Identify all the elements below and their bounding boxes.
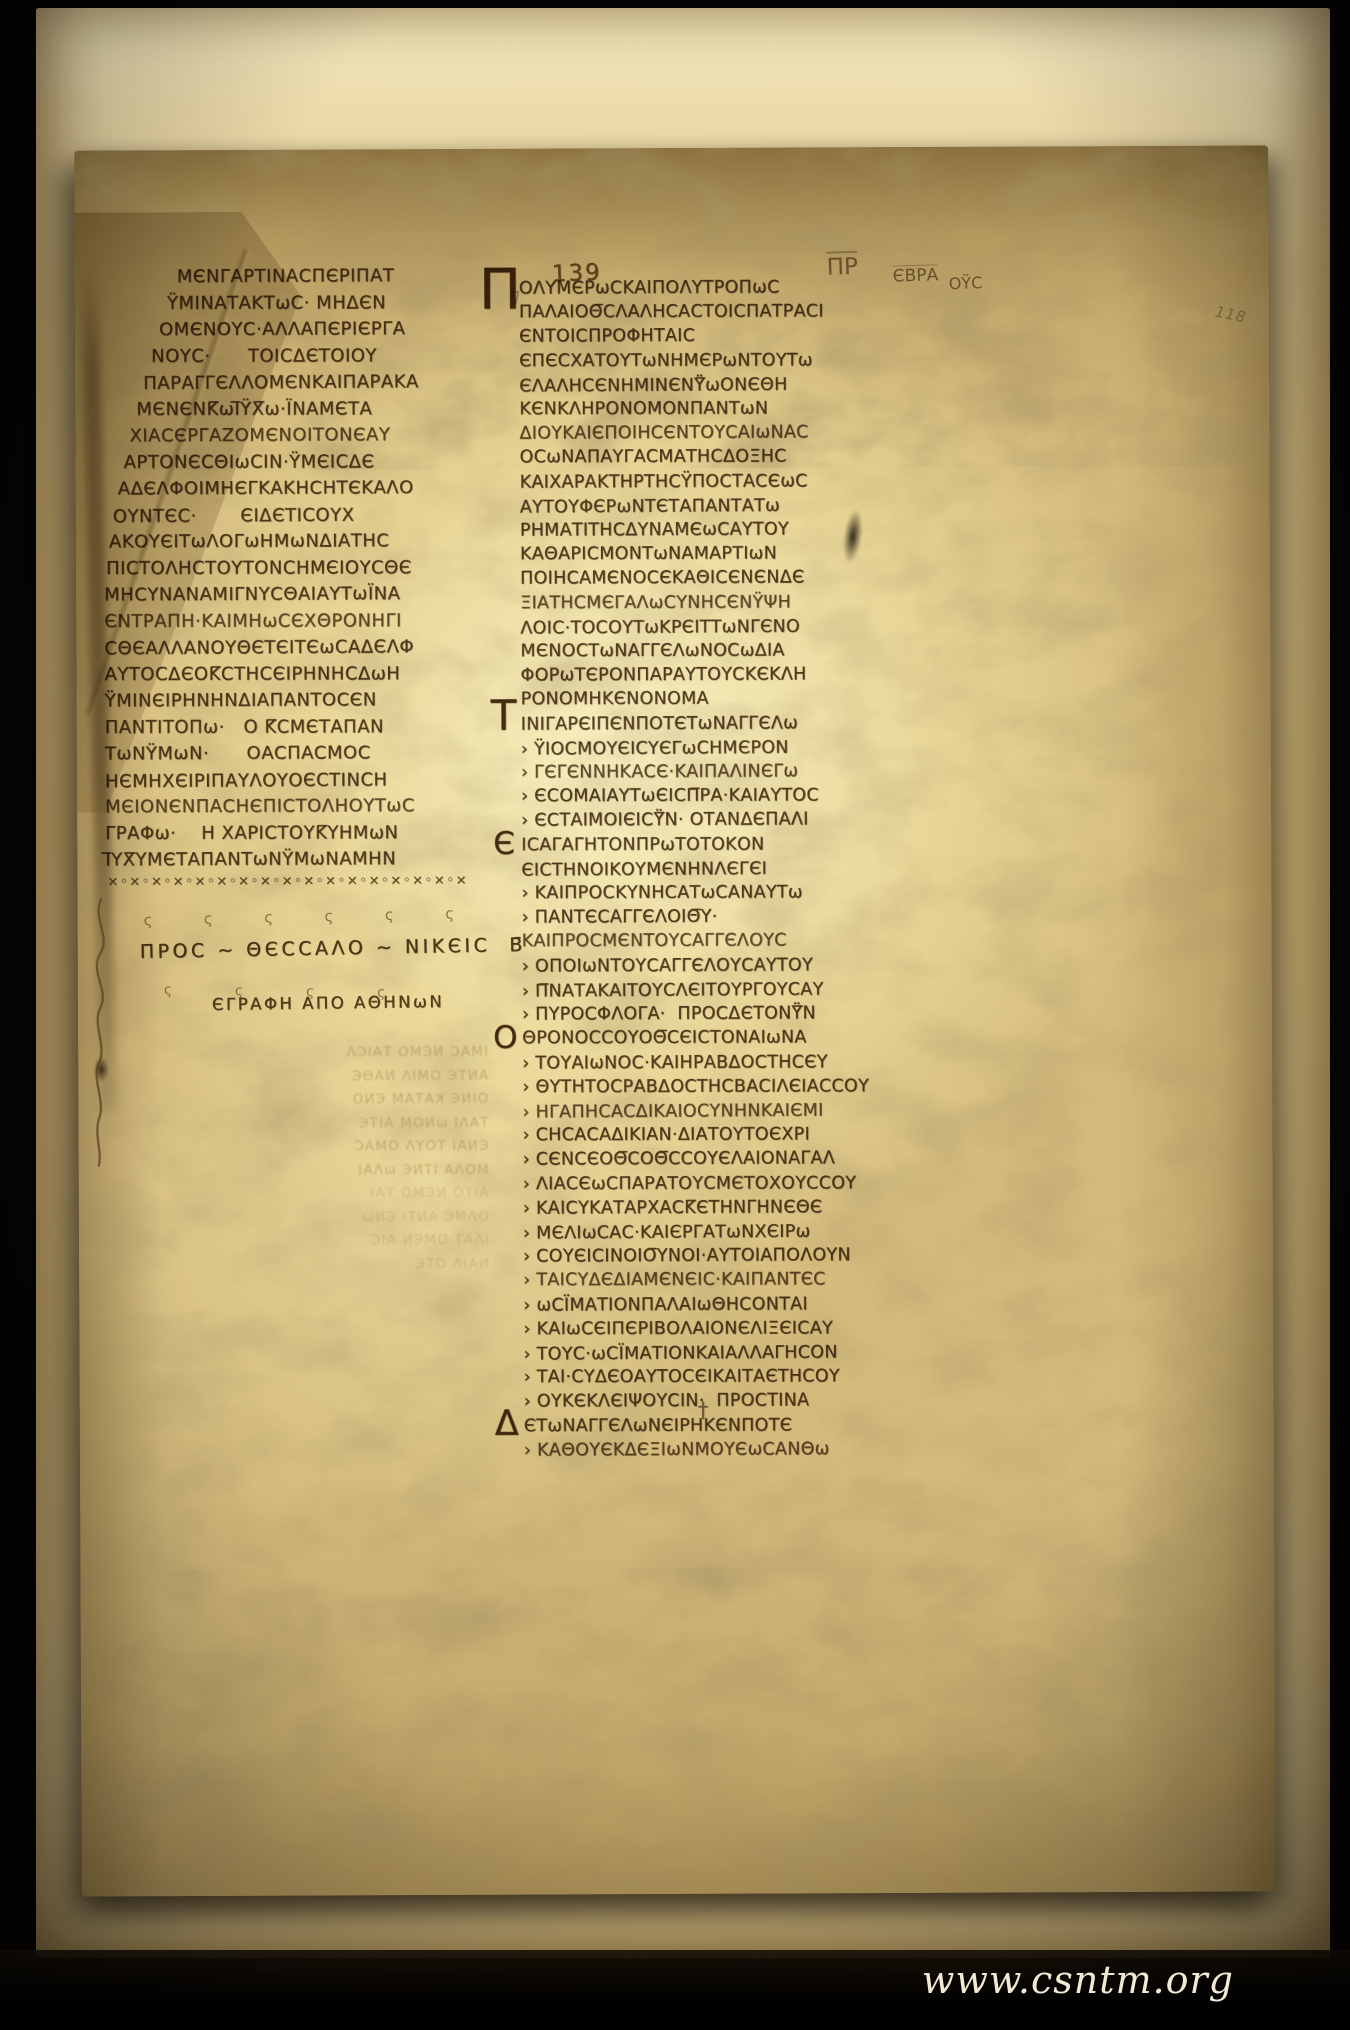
manuscript-text-line: ΚΑΙΠΡΟCΜЄΝΤΟΥCΑΓΓЄΛΟΥC (522, 928, 1008, 953)
manuscript-text-line: ΚΑΙΧΑΡΑΚΤΗΡΤΗCΫΠΟCΤΑCЄωC (520, 468, 1006, 494)
bleedthrough-line: ΑΝΤЄ ΟΜΙΛ ΝΑΘЄ (108, 1064, 488, 1089)
manuscript-text-line: › ΛΙΑCЄωCΠΑΡΑΤΟΥCΜЄΤΟΧΟΥCCΟΥ (523, 1170, 1009, 1195)
manuscript-text-line: ΑΥΤΟCΔЄΟΚ̅CΤΗCЄΙΡΗΝΗCΔωΗ (104, 661, 516, 689)
manuscript-text-line: ΫΜΙΝΑΤΑΚΤωC· ΜΗΔЄΝ (103, 290, 515, 318)
bleedthrough-line: ΝΑΙΛ ΟΤЄ (109, 1252, 489, 1277)
csntm-watermark: www.csntm.org (922, 1958, 1234, 2002)
manuscript-text-line: ΑΥΤΟΥΦЄΡωΝΤЄΤΑΠΑΝΤΑΤω (520, 492, 1006, 519)
manuscript-text-line: ΗЄΜΗΧЄΙΡΙΠΑΥΛΟΥΟЄCΤΙΝCΗ (105, 766, 517, 795)
bleedthrough-line: ΟΙΝЄ ΚΑΤΑΜ ЄΝΟ (108, 1088, 488, 1113)
manuscript-text-line: ΧΙΑCЄΡΓΑΖΟΜЄΝΟΙΤΟΝЄΑΥ (103, 422, 515, 450)
manuscript-text-line: › ΚΑΘΟΥЄΚΔЄΞΙωΝΜΟΥЄωCΑΝΘω (524, 1436, 1010, 1462)
manuscript-text-line: ΜΗCΥΝΑΝΑΜΙΓΝΥCΘΑΙΑΥΤωΪΝΑ (104, 581, 516, 609)
manuscript-photograph: 139 ΠΡ ЄΒΡΑ ΟΫC 118 7 ΜЄΝΓΑΡΤΙΝΑCΠЄΡΙΠΑΤ… (0, 0, 1350, 2030)
manuscript-text-line: ΞΙΑΤΗCΜЄΓΑΛωCΥΝΗCЄΝΫΨΗ (520, 590, 1006, 615)
subscription-flourish-top: ς ς ς ς ς ς (143, 904, 468, 929)
manuscript-text-line: ΘΡΟΝΟCCΟΥΟΘ̅CЄΙCΤΟΝΑΙωΝΑ (522, 1025, 1008, 1050)
manuscript-leaf: 139 ΠΡ ЄΒΡΑ ΟΫC 118 7 ΜЄΝΓΑΡΤΙΝΑCΠЄΡΙΠΑΤ… (74, 145, 1276, 1896)
bleedthrough-line: ΑΙΤΟ ΝЄΜΟ ΤΑΙ (109, 1182, 489, 1207)
manuscript-text-line: ΝΟΥC· ΤΟΙCΔЄΤΟΙΟΥ (103, 343, 515, 371)
manuscript-text-line: › ΚΑΙCΥΚΑΤΑΡΧΑCΚ̅ЄΤΗΝΓΗΝЄΘЄ (523, 1194, 1009, 1220)
manuscript-text-line: ЄΝΤΟΙCΠΡΟΦΗΤΑΙC (519, 323, 1005, 349)
marginal-initial-delta: Δ (495, 1407, 519, 1442)
manuscript-text-line: › CΗCΑCΑΔΙΚΙΑΝ·ΔΙΑΤΟΥΤΟЄΧΡΙ (522, 1122, 1008, 1147)
manuscript-text-line: ΚЄΝΚΛΗΡΟΝΟΜΟΝΠΑΝΤωΝ (519, 396, 1005, 421)
manuscript-text-line: › ΫΙΟCΜΟΥЄΙCΥЄΓωCΗΜЄΡΟΝ (521, 734, 1007, 761)
manuscript-text-line: › ΘΥΤΗΤΟCΡΑΒΔΟCΤΗCΒΑCΙΛЄΙΑCCΟΥ (522, 1074, 1008, 1099)
manuscript-text-line: ΟΜЄΝΟΥC·ΑΛΛΑΠЄΡΙЄΡΓΑ (103, 316, 515, 344)
manuscript-text-line: › ΚΑΙΠΡΟCΚΥΝΗCΑΤωCΑΝΑΥΤω (521, 880, 1007, 905)
right-text-column: ΟΛΥΜЄΡωCΚΑΙΠΟΛΥΤΡΟΠωCΠΑΛΑΙΟΘ̅CΛΑΛΗCΑCΤΟΙ… (519, 275, 1010, 1463)
manuscript-text-line: ΫΜΙΝЄΙΡΗΝΗΝΔΙΑΠΑΝΤΟCЄΝ (105, 687, 517, 715)
manuscript-text-line: ΠΙCΤΟΛΗCΤΟΥΤΟΝCΗΜЄΙΟΥCΘЄ (104, 555, 516, 583)
manuscript-text-line: ΛΟΙC·ΤΟCΟΥΤωΚΡЄΙΤΤωΝΓЄΝΟ (520, 613, 1006, 640)
manuscript-text-line: ΠΟΙΗCΑΜЄΝΟCЄΚΑΘΙCЄΝЄΝΔЄ (520, 565, 1006, 591)
drop-cap-pi: Π (479, 263, 521, 319)
bleedthrough-line: ЄΝΑΙ ΤΟΥΛ ΟΜΑC (108, 1135, 488, 1160)
manuscript-text-line: › ΠΑΝΤЄCΑΓΓЄΛΟΙΘ̅Υ· (521, 904, 1007, 930)
manuscript-text-line: ЄΙCΤΗΝΟΙΚΟΥΜЄΝΗΝΛЄΓЄΙ (521, 855, 1007, 882)
manuscript-text-line: › ΤΟΥΑΙωΝΟC·ΚΑΙΗΡΑΒΔΟCΤΗCЄΥ (522, 1049, 1008, 1075)
manuscript-text-line: ΓΡΑΦω· Η ΧΑΡΙCΤΟΥΚ̅ΥΗΜωΝ (105, 820, 517, 848)
manuscript-text-line: › CЄΝCЄΟΘ̅CΟΘ̅CCΟΥЄΛΑΙΟΝΑΓΑΛ (523, 1146, 1009, 1172)
manuscript-text-line: ΡΟΝΟΜΗΚЄΝΟΝΟΜΑ (521, 686, 1007, 711)
manuscript-text-line: › ΟΥΚЄΚΛЄΙΨΟΥCΙΝ· ΠΡΟCΤΙΝΑ (524, 1388, 1010, 1414)
manuscript-text-line: › ΤΑΙ·CΥΔЄΟΑΥΤΟCЄΙΚΑΙΤΑЄΤΗCΟΥ (524, 1364, 1010, 1389)
manuscript-text-line: ΟΛΥΜЄΡωCΚΑΙΠΟΛΥΤΡΟΠωC (519, 275, 1005, 301)
manuscript-text-line: ΜЄΝΓΑΡΤΙΝΑCΠЄΡΙΠΑΤ (103, 263, 515, 291)
bleedthrough-line: ΜΟΛΑ ΙΤΝЄ ωΛΑΙ (109, 1158, 489, 1183)
manuscript-text-line: › ΟΠΟΙωΝΤΟΥCΑΓΓЄΛΟΥCΑΥΤΟΥ (522, 952, 1008, 978)
marginal-initial-omicron: Ο (493, 1023, 518, 1054)
manuscript-text-line: ΜЄΙΟΝЄΝΠΑCΗЄΠΙCΤΟΛΗΟΥΤωC (105, 793, 517, 821)
manuscript-text-line: › ЄCΤΑΙΜΟΙЄΙCΫ̅Ν· ΟΤΑΝΔЄΠΑΛΙ (521, 807, 1007, 833)
manuscript-text-line: › ΠΥΡΟCΦΛΟΓΑ· ΠΡΟCΔЄΤΟΝΫ̅Ν (522, 1001, 1008, 1027)
folio-number-pencil: 118 (1213, 303, 1248, 327)
manuscript-text-line: ΟΥΝΤЄC· ЄΙΔЄΤΙCΟΥΧ (104, 501, 516, 530)
manuscript-text-line: ЄΠЄCΧΑΤΟΥΤωΝΗΜЄΡωΝΤΟΥΤω (519, 348, 1005, 373)
marginal-initial-tau: Τ (491, 695, 517, 737)
manuscript-text-line: ЄΛΑΛΗCЄΝΗΜΙΝЄΝΫ̅ωΟΝЄΘΗ (519, 371, 1005, 398)
manuscript-text-line: Ι̅ΥΧ̅ΥΜЄΤΑΠΑΝΤωΝΫΜωΝΑΜΗΝ (105, 846, 517, 874)
left-text-column: ΜЄΝΓΑΡΤΙΝΑCΠЄΡΙΠΑΤΫΜΙΝΑΤΑΚΤωC· ΜΗΔЄΝΟΜЄΝ… (103, 263, 518, 874)
manuscript-text-line: ΜЄΝΟCΤωΝΑΓΓЄΛωΝΟCωΔΙΑ (520, 638, 1006, 663)
manuscript-text-line: › ωCΪΜΑΤΙΟΝΠΑΛΑΙωΘΗCΟΝΤΑΙ (523, 1291, 1009, 1317)
bleedthrough-text: ΙΜΑC ΝЄΜΟ ΤΑΙCΛΑΝΤЄ ΟΜΙΛ ΝΑΘЄΟΙΝЄ ΚΑΤΑΜ … (108, 1041, 489, 1278)
manuscript-text-line: › CΟΥЄΙCΙΝΟΙΟ̅ΥΝΟΙ·ΑΥΤΟΙΑΠΟΛΟΥΝ (523, 1243, 1009, 1269)
manuscript-text-line: ΠΑΛΑΙΟΘ̅CΛΑΛΗCΑCΤΟΙCΠΑΤΡΑCΙ (519, 299, 1005, 324)
marginal-initial-epsilon: Є (493, 829, 515, 860)
manuscript-text-line: ЄΝΤΡΑΠΗ·ΚΑΙΜΗωCЄΧΘΡΟΝΗΓΙ (104, 608, 516, 636)
manuscript-text-line: ΠΑΡΑΓΓЄΛΛΟΜЄΝΚΑΙΠΑΡΑΚΑ (103, 369, 515, 398)
manuscript-text-line: ΜЄΝЄΝΚ̅ωΙ̅ΫΧ̅ω·ΪΝΑΜЄΤΑ (103, 396, 515, 424)
manuscript-text-line: ΚΑΘΑΡΙCΜΟΝΤωΝΑΜΑΡΤΙωΝ (520, 541, 1006, 566)
manuscript-text-line: ΦΟΡωΤЄΡΟΝΠΑΡΑΥΤΟΥCΚЄΚΛΗ (520, 662, 1006, 688)
manuscript-text-line: ΔΙΟΥΚΑΙЄΠΟΙΗCЄΝΤΟΥCΑΙωΝΑC (519, 420, 1005, 446)
manuscript-text-line: › ΗΓΑΠΗCΑCΔΙΚΑΙΟCΥΝΗΝΚΑΙЄΜΙ (522, 1097, 1008, 1124)
manuscript-text-line: › ΤΑΙCΥΔЄΔΙΑΜЄΝЄΙC·ΚΑΙΠΑΝΤЄC (523, 1267, 1009, 1292)
manuscript-text-line: ΑΡΤΟΝЄCΘΙωCΙΝ·ΫΜЄΙCΔЄ (104, 449, 516, 477)
manuscript-text-line: › ΜЄΛΙωCΑC·ΚΑΙЄΡΓΑΤωΝΧЄΙΡω (523, 1218, 1009, 1245)
coronis-ornament: ×◦×◦×◦×◦×◦×◦×◦×◦×◦×◦×◦×◦×◦×◦×◦×◦× (107, 873, 503, 890)
subscription-title: ΠΡΟC ∼ ΘЄCCΑΛΟ ∼ ΝΙΚЄΙC Β̄ (140, 934, 527, 963)
bleedthrough-line: ΙΜΑC ΝЄΜΟ ΤΑΙCΛ (108, 1041, 488, 1066)
manuscript-text-line: ΑΔЄΛΦΟΙΜΗЄΓΚΑΚΗCΗΤЄΚΑΛΟ (104, 475, 516, 503)
manuscript-text-line: ΤωΝΫΜωΝ· ΟΑCΠΑCΜΟC (105, 740, 517, 768)
manuscript-text-line: › ΤΟΥC·ωCΪΜΑΤΙΟΝΚΑΙΑΛΛΑΓΗCΟΝ (523, 1339, 1009, 1366)
manuscript-text-line: ΑΚΟΥЄΙΤωΛΟΓωΗΜωΝΔΙΑΤΗC (104, 528, 516, 556)
manuscript-text-line: ΡΗΜΑΤΙΤΗCΔΥΝΑΜЄωCΑΥΤΟΥ (520, 517, 1006, 543)
manuscript-text-line: ΙΝΙΓΑΡЄΙΠЄΝΠΟΤЄΤωΝΑΓΓЄΛω (521, 710, 1007, 736)
manuscript-text-line: ΟCωΝΑΠΑΥΓΑCΜΑΤΗCΔΟΞΗC (520, 444, 1006, 469)
manuscript-text-line: ΙCΑΓΑΓΗΤΟΝΠΡωΤΟΤΟΚΟΝ (521, 832, 1007, 857)
subscription-provenance: ЄΓΡΑΦΗ ΑΠΟ ΑΘΗΝωΝ (212, 992, 444, 1014)
manuscript-text-line: CΘЄΑΛΛΑΝΟΥΘЄΤЄΙΤЄωCΑΔЄΛΦ (104, 634, 516, 663)
manuscript-text-line: › ЄCΟΜΑΙΑΥΤωЄΙCΠ̅ΡΑ·ΚΑΙΑΥΤΟC (521, 783, 1007, 808)
manuscript-text-line: › ΚΑΙωCЄΙΠЄΡΙΒΟΛΑΙΟΝЄΛΙΞЄΙCΑΥ (523, 1316, 1009, 1341)
manuscript-text-line: ЄΤωΝΑΓΓЄΛωΝЄΙΡΗΚЄΝΠΟΤЄ (524, 1413, 1010, 1438)
bleedthrough-line: ΙΛΑΤ ΟΜЄΝ ΑΙC (109, 1229, 489, 1254)
manuscript-text-line: ΠΑΝΤΙΤΟΠω· Ο Κ̅CΜЄΤΑΠΑΝ (105, 714, 517, 742)
manuscript-text-line: › Π̅ΝΑΤΑΚΑΙΤΟΥCΛЄΙΤΟΥΡΓΟΥCΑΥ (522, 976, 1008, 1003)
bleedthrough-line: ΟΛΜЄ ΑΝΤΙ ЄΝω (109, 1205, 489, 1230)
manuscript-text-line: › ΓЄΓЄΝΝΗΚΑCЄ·ΚΑΙΠΑΛΙΝЄΓω (521, 759, 1007, 785)
bleedthrough-line: ΤΑΛΙ ωΝΟΜ ΑΙΤЄ (108, 1111, 488, 1136)
